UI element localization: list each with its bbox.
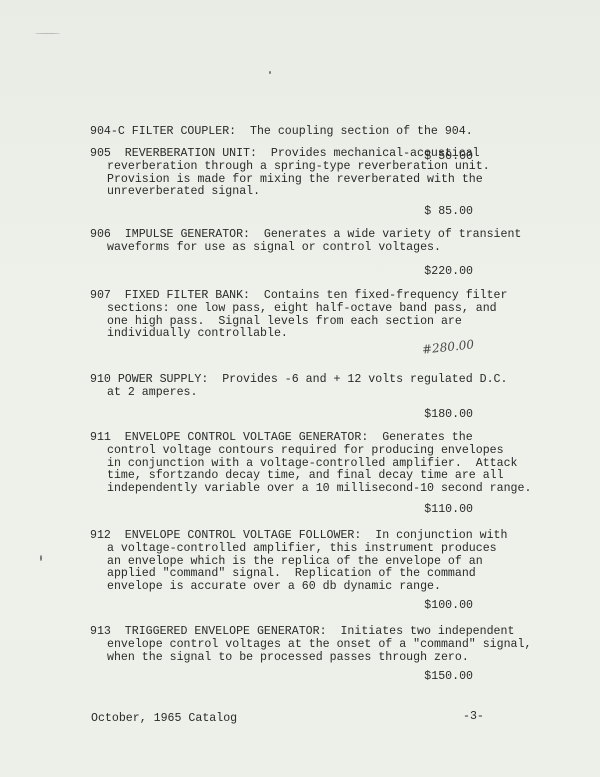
catalog-page: 904-C FILTER COUPLER: The coupling secti… [0, 0, 600, 777]
entry-906: 906 IMPULSE GENERATOR: Generates a wide … [90, 229, 560, 255]
entry-912: 912 ENVELOPE CONTROL VOLTAGE FOLLOWER: I… [90, 530, 560, 594]
entry-line: control voltage contours required for pr… [90, 445, 560, 458]
entry-line: 905 REVERBERATION UNIT: Provides mechani… [90, 148, 560, 161]
paper-speck [269, 71, 271, 74]
price-910: $180.00 [424, 408, 473, 421]
entry-line: 904-C FILTER COUPLER: The coupling secti… [90, 126, 560, 139]
entry-line: waveforms for use as signal or control v… [90, 242, 560, 255]
entry-line: 912 ENVELOPE CONTROL VOLTAGE FOLLOWER: I… [90, 530, 560, 543]
entry-line: independently variable over a 10 millise… [90, 483, 560, 496]
price-905: $ 85.00 [424, 205, 473, 218]
entry-line: envelope is accurate over a 60 db dynami… [90, 581, 560, 594]
entry-910: 910 POWER SUPPLY: Provides -6 and + 12 v… [90, 374, 560, 400]
entry-line: 913 TRIGGERED ENVELOPE GENERATOR: Initia… [90, 626, 560, 639]
entry-904c: 904-C FILTER COUPLER: The coupling secti… [90, 126, 560, 139]
entry-905: 905 REVERBERATION UNIT: Provides mechani… [90, 148, 560, 199]
entry-911: 911 ENVELOPE CONTROL VOLTAGE GENERATOR: … [90, 432, 560, 496]
entry-line: envelope control voltages at the onset o… [90, 639, 560, 652]
entry-907: 907 FIXED FILTER BANK: Contains ten fixe… [90, 290, 560, 341]
entry-line: reverberation through a spring-type reve… [90, 161, 560, 174]
entry-line: 911 ENVELOPE CONTROL VOLTAGE GENERATOR: … [90, 432, 560, 445]
entry-line: a voltage-controlled amplifier, this ins… [90, 543, 560, 556]
price-911: $110.00 [424, 503, 473, 516]
entry-line: individually controllable. [90, 328, 560, 341]
entry-line: at 2 amperes. [90, 387, 560, 400]
entry-line: 907 FIXED FILTER BANK: Contains ten fixe… [90, 290, 560, 303]
price-906: $220.00 [424, 265, 473, 278]
paper-speck [40, 555, 42, 561]
entry-line: unreverberated signal. [90, 186, 560, 199]
entry-line: 910 POWER SUPPLY: Provides -6 and + 12 v… [90, 374, 560, 387]
paper-speck [35, 33, 60, 34]
entry-913: 913 TRIGGERED ENVELOPE GENERATOR: Initia… [90, 626, 560, 664]
footer-catalog-date: October, 1965 Catalog [91, 712, 237, 725]
footer-page-number: -3- [463, 710, 484, 723]
entry-line: 906 IMPULSE GENERATOR: Generates a wide … [90, 229, 560, 242]
entry-line: when the signal to be processed passes t… [90, 652, 560, 665]
entry-line: sections: one low pass, eight half-octav… [90, 303, 560, 316]
price-913: $150.00 [424, 670, 473, 683]
price-912: $100.00 [424, 599, 473, 612]
